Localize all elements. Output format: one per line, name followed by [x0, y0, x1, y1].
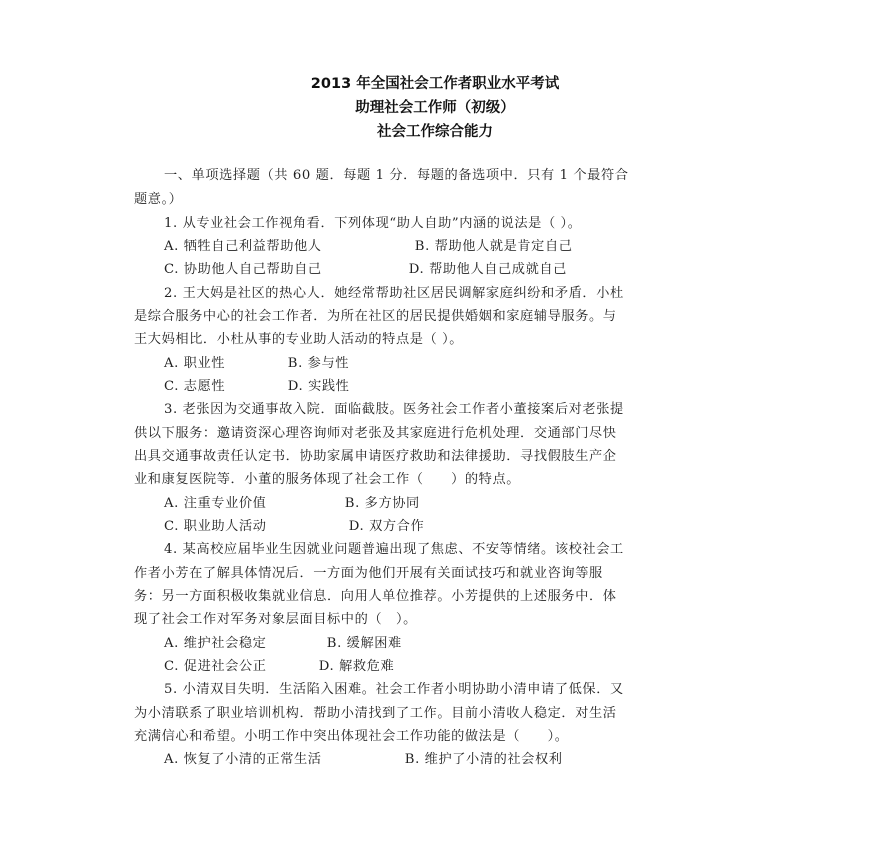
option-b: B. 缓解困难	[327, 632, 402, 651]
option-a: A. 注重专业价值	[164, 492, 340, 511]
option-a: A. 牺牲自己利益帮助他人	[164, 235, 410, 254]
option-d: D. 解救危难	[319, 655, 394, 674]
option-c: C. 职业助人活动	[164, 515, 344, 534]
document-page: 2013 年全国社会工作者职业水平考试 助理社会工作师（初级） 社会工作综合能力…	[0, 0, 870, 842]
section-heading-cont: 题意。）	[134, 188, 754, 207]
exam-subject: 社会工作综合能力	[0, 120, 870, 141]
option-b: B. 帮助他人就是肯定自己	[415, 235, 573, 254]
option-b: B. 多方协同	[345, 492, 420, 511]
question-2-text: 王大妈相比．小杜从事的专业助人活动的特点是（ ）。	[134, 328, 754, 347]
question-3-text: 出具交通事故责任认定书．协助家属申请医疗救助和法律援助．寻找假肢生产企	[134, 445, 754, 464]
exam-title: 2013 年全国社会工作者职业水平考试	[0, 72, 870, 93]
question-4-text: 务：另一方面积极收集就业信息．向用人单位推荐。小芳提供的上述服务中．体	[134, 585, 754, 604]
question-2-options-row2: C. 志愿性 D. 实践性	[164, 375, 349, 394]
question-5-text: 充满信心和希望。小明工作中突出体现社会工作功能的做法是（ ）。	[134, 725, 754, 744]
option-b: B. 维护了小清的社会权利	[405, 748, 563, 767]
question-2-text: 是综合服务中心的社会工作者．为所在社区的居民提供婚姻和家庭辅导服务。与	[134, 305, 754, 324]
question-1-text: 1. 从专业社会工作视角看．下列体现“助人自助”内涵的说法是（ ）。	[164, 212, 784, 231]
question-3-options-row2: C. 职业助人活动 D. 双方合作	[164, 515, 424, 534]
option-d: D. 双方合作	[349, 515, 424, 534]
option-d: D. 帮助他人自己成就自己	[409, 258, 567, 277]
option-c: C. 协助他人自己帮助自己	[164, 258, 404, 277]
question-2-text: 2. 王大妈是社区的热心人．她经常帮助社区居民调解家庭纠纷和矛盾．小杜	[164, 282, 784, 301]
question-4-options-row2: C. 促进社会公正 D. 解救危难	[164, 655, 394, 674]
option-b: B. 参与性	[288, 352, 349, 371]
question-3-options-row1: A. 注重专业价值 B. 多方协同	[164, 492, 420, 511]
option-a: A. 恢复了小清的正常生活	[164, 748, 400, 767]
option-c: C. 促进社会公正	[164, 655, 314, 674]
question-2-options-row1: A. 职业性 B. 参与性	[164, 352, 349, 371]
question-4-text: 现了社会工作对军务对象层面目标中的（ ）。	[134, 608, 754, 627]
question-3-text: 业和康复医院等．小董的服务体现了社会工作（ ）的特点。	[134, 468, 754, 487]
section-heading: 一、单项选择题（共 60 题．每题 1 分．每题的备选项中．只有 1 个最符合	[164, 164, 784, 183]
option-a: A. 职业性	[164, 352, 283, 371]
question-1-options-row1: A. 牺牲自己利益帮助他人 B. 帮助他人就是肯定自己	[164, 235, 573, 254]
question-5-options-row1: A. 恢复了小清的正常生活 B. 维护了小清的社会权利	[164, 748, 563, 767]
question-1-options-row2: C. 协助他人自己帮助自己 D. 帮助他人自己成就自己	[164, 258, 567, 277]
question-5-text: 为小清联系了职业培训机构．帮助小清找到了工作。目前小清收人稳定．对生活	[134, 702, 754, 721]
question-5-text: 5. 小清双目失明．生活陷入困难。社会工作者小明协助小清申请了低保．又	[164, 678, 784, 697]
option-c: C. 志愿性	[164, 375, 283, 394]
question-4-text: 作者小芳在了解具体情况后．一方面为他们开展有关面试技巧和就业咨询等服	[134, 562, 754, 581]
option-d: D. 实践性	[288, 375, 350, 394]
option-a: A. 维护社会稳定	[164, 632, 322, 651]
question-3-text: 供以下服务：邀请资深心理咨询师对老张及其家庭进行危机处理．交通部门尽快	[134, 422, 754, 441]
question-4-options-row1: A. 维护社会稳定 B. 缓解困难	[164, 632, 402, 651]
question-4-text: 4. 某高校应届毕业生因就业问题普遍出现了焦虑、不安等情绪。该校社会工	[164, 538, 784, 557]
question-3-text: 3. 老张因为交通事故入院．面临截肢。医务社会工作者小董接案后对老张提	[164, 398, 784, 417]
exam-level: 助理社会工作师（初级）	[0, 96, 870, 117]
